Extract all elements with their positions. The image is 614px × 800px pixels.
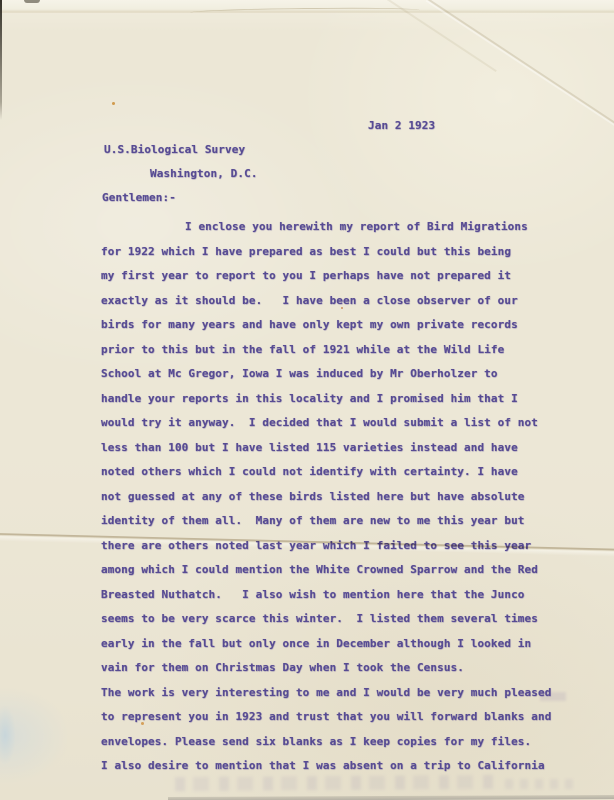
scan-edge-top-notch — [24, 0, 40, 3]
letter-line: among which I could mention the White Cr… — [101, 558, 587, 583]
letter-line: Breasted Nuthatch. I also wish to mentio… — [101, 583, 587, 608]
letter-line: birds for many years and have only kept … — [101, 313, 587, 338]
letter-salutation: Gentlemen:- — [102, 191, 176, 204]
letter-line: early in the fall but only once in Decem… — [101, 632, 587, 657]
letter-line: exactly as it should be. I have been a c… — [101, 289, 587, 314]
letter-line: my first year to report to you I perhaps… — [101, 264, 587, 289]
letter-line: seems to be very scarce this winter. I l… — [101, 607, 587, 632]
letter-line: prior to this but in the fall of 1921 wh… — [101, 338, 587, 363]
letter-body: I enclose you herewith my report of Bird… — [101, 215, 587, 779]
letter-recipient: U.S.Biological Survey — [104, 143, 245, 156]
letter-line: identity of them all. Many of them are n… — [101, 509, 587, 534]
letter-line: not guessed at any of these birds listed… — [101, 485, 587, 510]
paper-crease-diagonal — [426, 0, 614, 129]
letter-line: less than 100 but I have listed 115 vari… — [101, 436, 587, 461]
letter-line: I enclose you herewith my report of Bird… — [101, 215, 587, 240]
letter-line: handle your reports in this locality and… — [101, 387, 587, 412]
letter-line: vain for them on Christmas Day when I to… — [101, 656, 587, 681]
letter-date: Jan 2 1923 — [368, 119, 435, 132]
letter-line: envelopes. Please send six blanks as I k… — [101, 730, 587, 755]
letter-line: for 1922 which I have prepared as best I… — [101, 240, 587, 265]
bleed-through-text-right — [505, 779, 575, 789]
letter-line: would try it anyway. I decided that I wo… — [101, 411, 587, 436]
letter-recipient-city: Washington, D.C. — [150, 167, 258, 180]
letter-line: I also desire to mention that I was abse… — [101, 754, 587, 779]
letter-line: to represent you in 1923 and trust that … — [101, 705, 587, 730]
letter-scan: Jan 2 1923 U.S.Biological Survey Washing… — [0, 0, 614, 800]
bleed-through-mark — [540, 692, 566, 701]
scan-edge-left — [0, 0, 2, 120]
letter-line: School at Mc Gregor, Iowa I was induced … — [101, 362, 587, 387]
paper-speck — [112, 102, 115, 105]
scan-edge-bottom — [168, 795, 614, 800]
letter-line: noted others which I could not identify … — [101, 460, 587, 485]
bleed-through-text — [175, 775, 495, 791]
paper-stain — [0, 705, 16, 765]
letter-line: The work is very interesting to me and I… — [101, 681, 587, 706]
